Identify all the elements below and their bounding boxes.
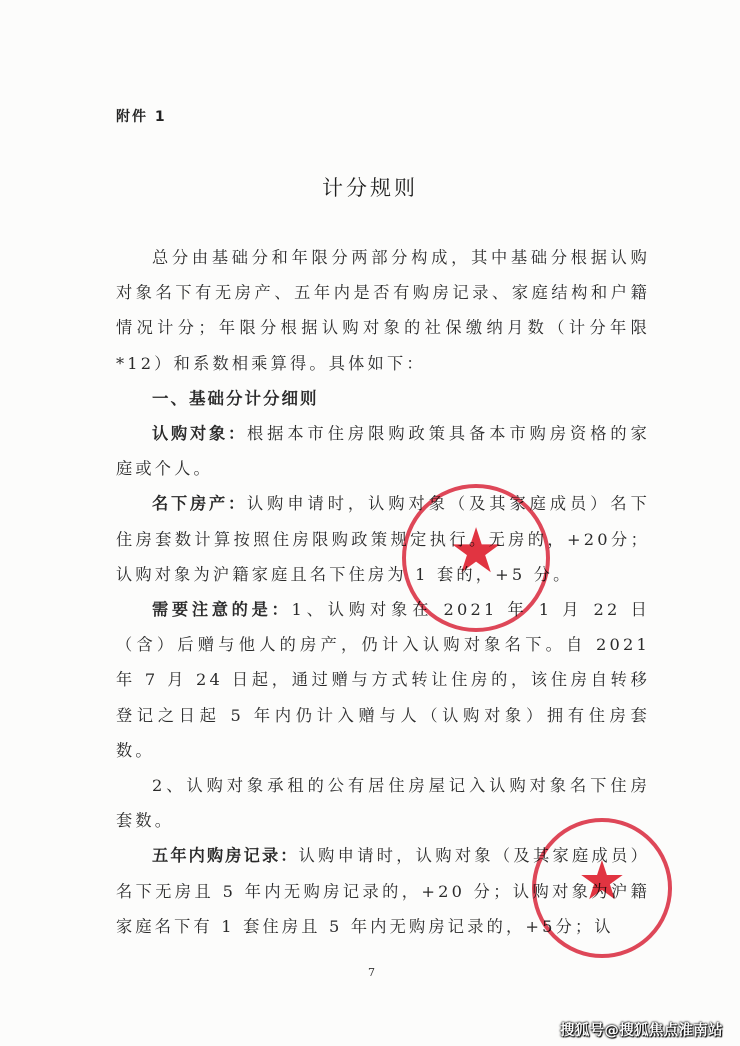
paragraph-note-1: 需要注意的是：1、认购对象在 2021 年 1 月 22 日（含）后赠与他人的房…	[116, 592, 650, 768]
paragraph-subscriber: 认购对象：根据本市住房限购政策具备本市购房资格的家庭或个人。	[116, 416, 650, 486]
watermark: 搜狐号@搜狐焦点淮南站	[560, 1019, 723, 1040]
paragraph-label: 需要注意的是：	[152, 600, 291, 619]
official-seal-stamp: ★	[402, 484, 550, 632]
company-seal-stamp: ★	[532, 818, 672, 958]
page-title: 计分规则	[0, 172, 740, 202]
attachment-label: 附件 1	[116, 106, 167, 126]
paragraph-label: 名下房产：	[152, 494, 247, 513]
section-heading: 一、基础分计分细则	[116, 381, 650, 416]
intro-paragraph: 总分由基础分和年限分两部分构成，其中基础分根据认购对象名下有无房产、五年内是否有…	[116, 240, 650, 381]
paragraph-property: 名下房产：认购申请时，认购对象（及其家庭成员）名下住房套数计算按照住房限购政策规…	[116, 486, 650, 592]
star-icon: ★	[406, 516, 546, 586]
paragraph-label: 认购对象：	[152, 424, 247, 443]
paragraph-text: 2、认购对象承租的公有居住房屋记入认购对象名下住房套数。	[116, 776, 650, 830]
page-number: 7	[368, 966, 375, 979]
star-icon: ★	[536, 850, 668, 912]
paragraph-text: 1、认购对象在 2021 年 1 月 22 日（含）后赠与他人的房产，仍计入认购…	[116, 600, 650, 760]
document-page: 附件 1 计分规则 总分由基础分和年限分两部分构成，其中基础分根据认购对象名下有…	[0, 0, 740, 1046]
paragraph-label: 五年内购房记录：	[152, 846, 299, 865]
